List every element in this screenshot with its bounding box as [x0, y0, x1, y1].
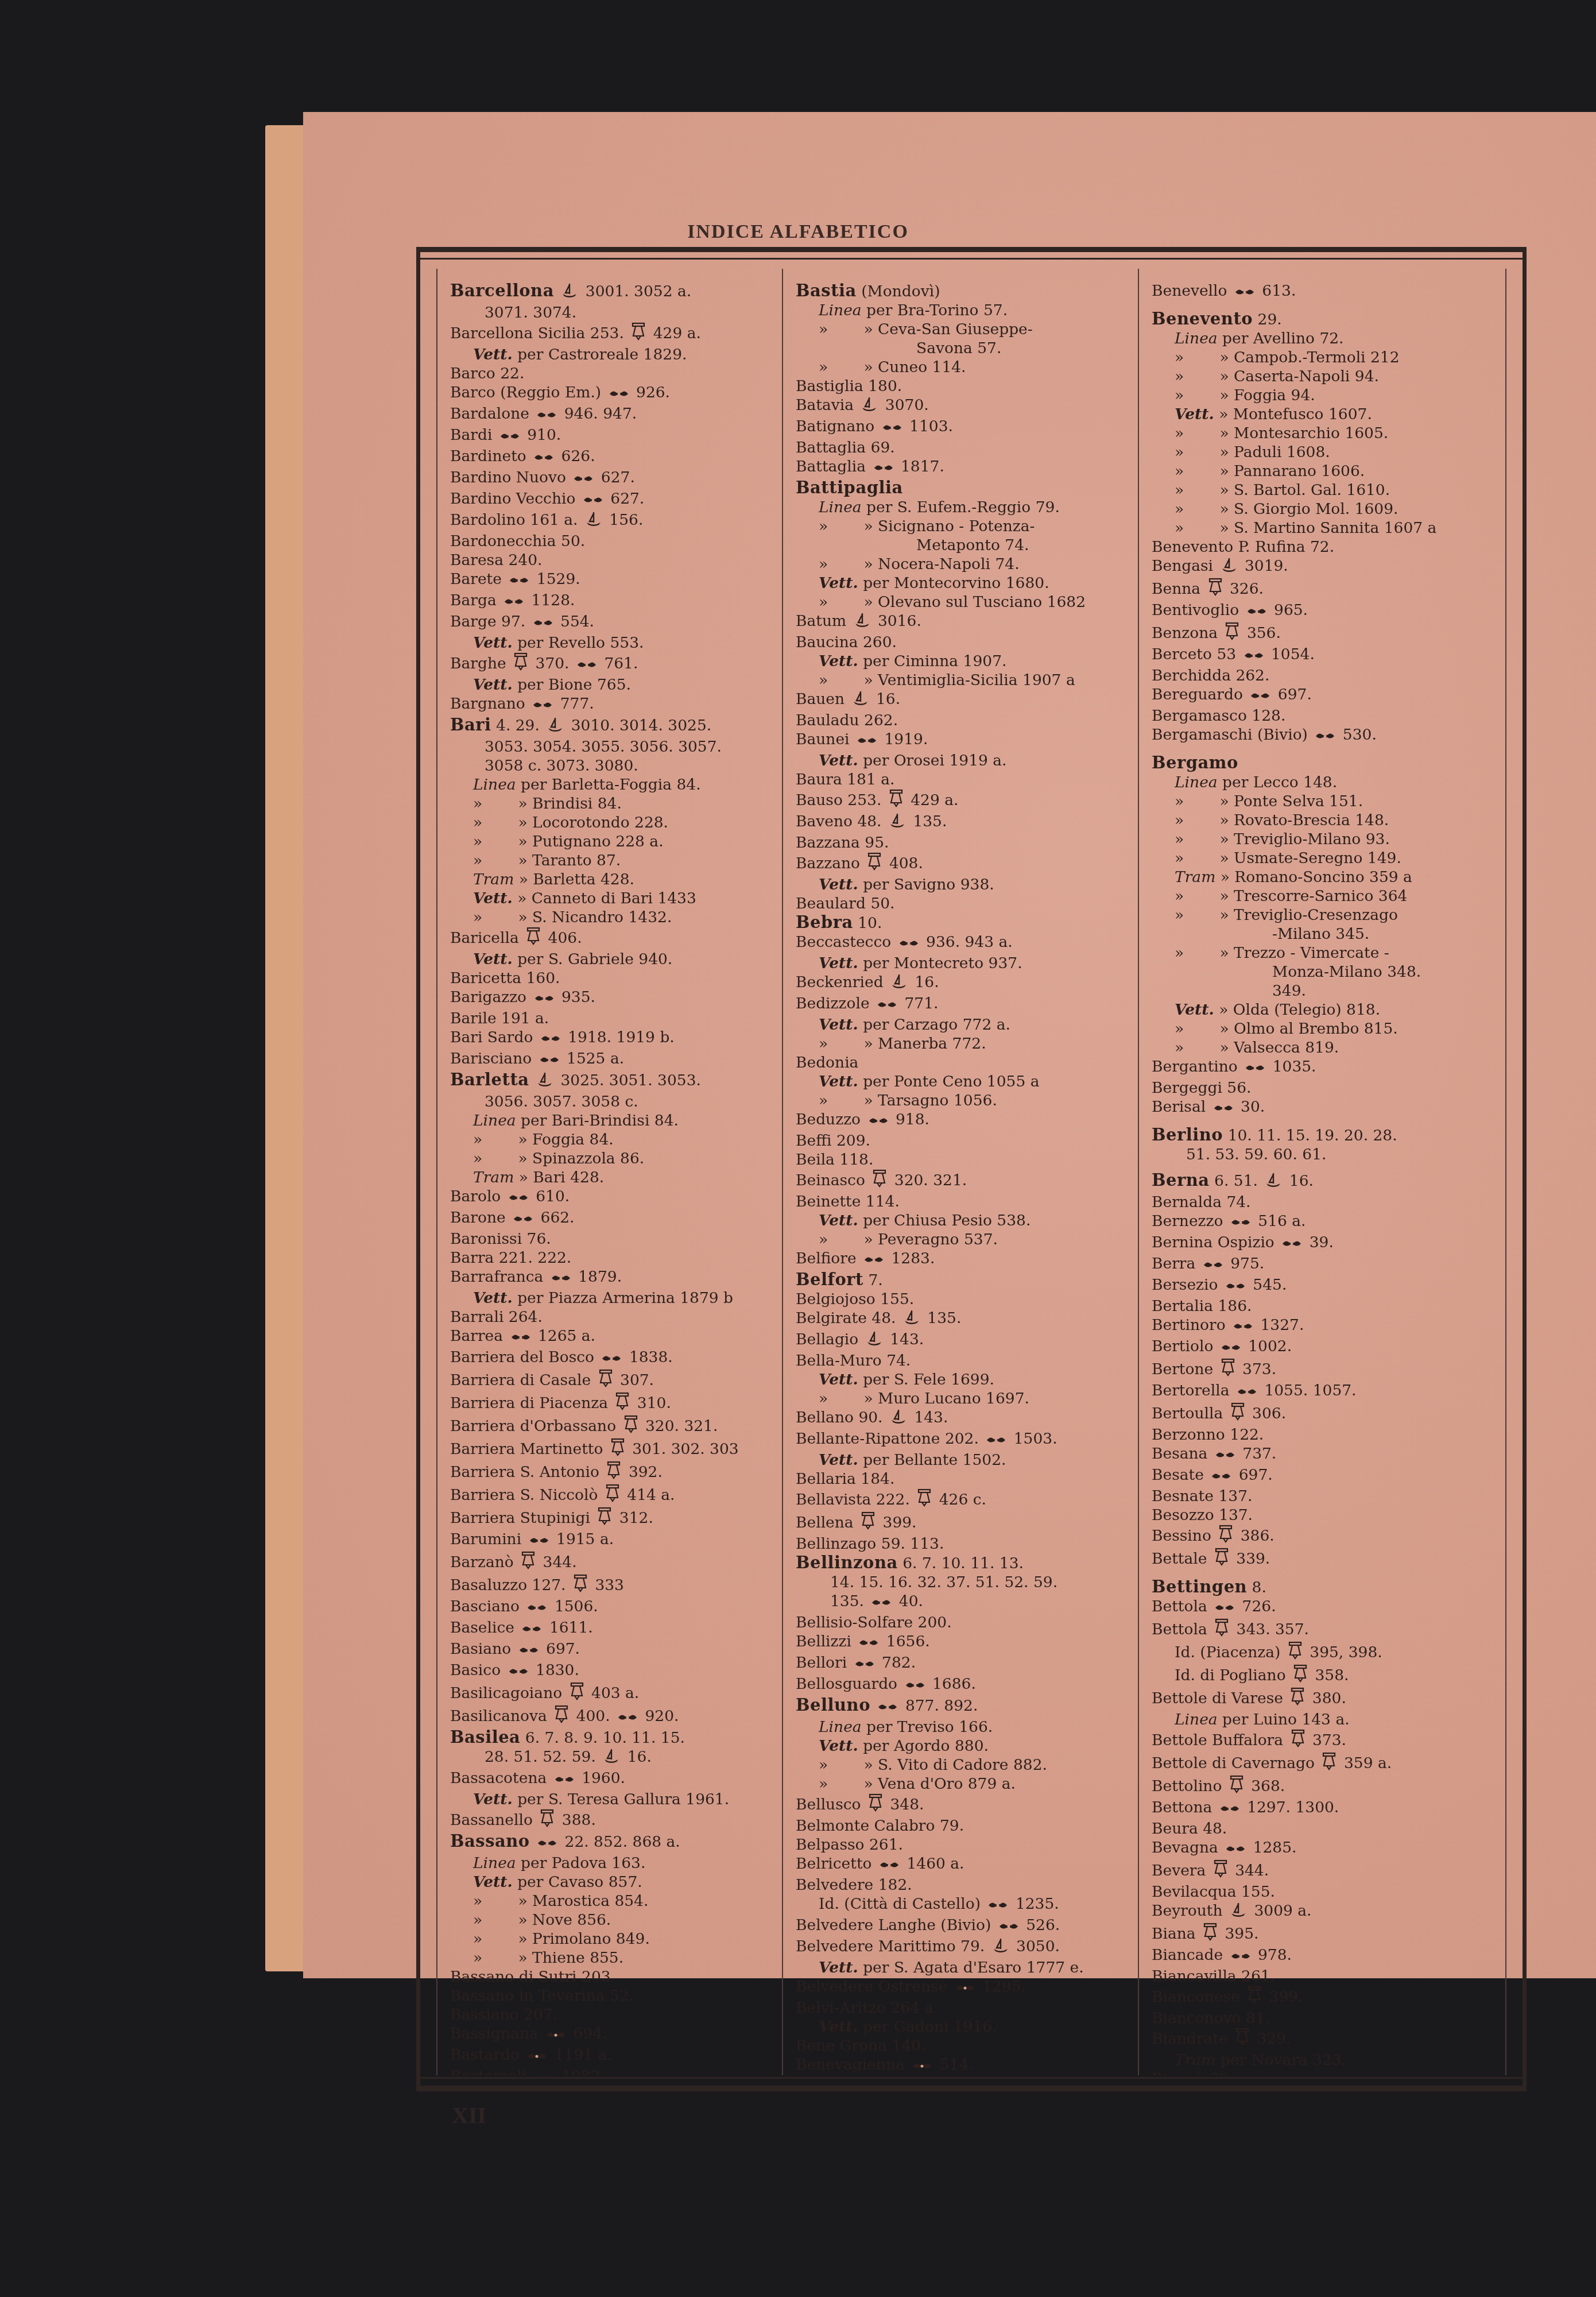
index-frame: Barcellona 3001. 3052 a.3071. 3074.Barce… [416, 247, 1527, 2086]
index-entry: Bettola 726. [1152, 1597, 1505, 1618]
entry-refs: 261. [1237, 1967, 1275, 1985]
entry-route: Vett. per S. Gabriele 940. [450, 950, 782, 969]
entry-name: Barumini [450, 1530, 521, 1548]
index-entry: Beura 48. [1152, 1819, 1505, 1838]
entry-name: Bauso [796, 791, 843, 809]
index-entry: Belgirate 48. 135. [796, 1309, 1138, 1330]
entry-route: Vett. per S. Teresa Gallura 1961. [450, 1790, 782, 1809]
ship-icon [890, 973, 908, 994]
route-kind: Linea [819, 498, 862, 516]
tram-icon [605, 1484, 620, 1507]
entry-name: Belvedere Ostrense [796, 1978, 947, 1996]
entry-refs: 516 a. [1223, 1212, 1306, 1230]
entry-name: Berisal [1152, 1098, 1206, 1116]
entry-route: » » Nocera-Napoli 74. [796, 555, 1138, 574]
entry-name: Bargnano [450, 695, 525, 713]
index-entry: Belricetto 1460 a. [796, 1854, 1138, 1876]
entry-name: Belmonte Calabro [796, 1817, 935, 1835]
entry-refs: 79. [935, 1817, 964, 1835]
entry-refs: 935. [526, 988, 595, 1006]
entry-name: Batavia [796, 396, 854, 414]
entry-name: Besate [1152, 1466, 1204, 1484]
entry-name: Bellisio-Solfare [796, 1614, 913, 1631]
entry-name: Bari [450, 715, 491, 734]
index-entry: Baresa 240. [450, 551, 782, 570]
entry-route: » » Tarsagno 1056. [796, 1091, 1138, 1110]
entry-name: Bersezio [1152, 1276, 1218, 1294]
entry-refs: 403 a. [562, 1684, 639, 1702]
index-entry: Bergamo [1152, 753, 1505, 773]
index-entry: Berzonno 122. [1152, 1425, 1505, 1444]
tram-icon [526, 927, 541, 950]
index-entry: Bassacotena 1960. [450, 1769, 782, 1790]
entry-refs: 180. [863, 377, 902, 395]
entry-name: Barriera del Bosco [450, 1348, 594, 1366]
entry-refs: 320. 321. [865, 1171, 967, 1189]
index-entry: Beckenried 16. [796, 973, 1138, 994]
entry-refs: 373. [1213, 1360, 1276, 1378]
entry-refs: 240. [503, 551, 542, 569]
entry-route: » » Treviglio-Milano 93. [1152, 830, 1505, 849]
entry-name: Bardi [450, 426, 492, 444]
entry-refs: 264 a [886, 1999, 933, 2017]
entry-route: Vett. per Montecreto 937. [796, 954, 1138, 973]
entry-route: Tram » Barletta 428. [450, 870, 782, 889]
index-entry: Belvedere 182. [796, 1876, 1138, 1894]
entry-name: Beinasco [796, 1171, 865, 1189]
entry-refs: 1265 a. [503, 1327, 595, 1345]
ship-icon [890, 1409, 907, 1429]
index-entry: Bettola 343. 357. [1152, 1618, 1505, 1641]
entry-name: Basaluzzo [450, 1576, 527, 1594]
index-entry: Barzanò 344. [450, 1551, 782, 1574]
index-entry: Berra 975. [1152, 1254, 1505, 1275]
entry-refs: 60. [1203, 2070, 1233, 2075]
entry-name: Bella-Muro [796, 1352, 882, 1370]
index-entry: Bella-Muro 74. [796, 1351, 1138, 1370]
index-entry: Batavia 3070. [796, 396, 1138, 417]
entry-refs: 22. [495, 365, 525, 382]
entry-route: » » Ponte Selva 151. [1152, 792, 1505, 811]
route-kind: Vett. [1175, 405, 1214, 423]
index-entry: Basiano 697. [450, 1639, 782, 1661]
entry-name: Bellori [796, 1654, 847, 1672]
index-entry: Biana 395. [1152, 1923, 1505, 1946]
entry-refs: 1529. [502, 570, 580, 588]
entry-refs: 137. [1214, 1487, 1252, 1505]
entry-continuation: 3056. 3057. 3058 c. [450, 1092, 782, 1111]
entry-route: Vett. per S. Agata d'Esaro 1777 e. [796, 1958, 1138, 1977]
entry-name: Barrea [450, 1327, 503, 1345]
entry-refs: 1817. [866, 458, 944, 475]
stagecoach-icon [998, 1918, 1019, 1937]
index-entry: Barumini 1915 a. [450, 1530, 782, 1551]
stagecoach-icon [529, 1532, 549, 1551]
entry-refs: 408. [860, 854, 923, 872]
index-entry: Bedonia [796, 1053, 1138, 1072]
entry-name: Berra [1152, 1255, 1195, 1273]
stagecoach-icon [609, 385, 629, 404]
entry-refs: 29. [1253, 311, 1282, 328]
entry-name: Beinette [796, 1193, 861, 1211]
index-entry: Bertone 373. [1152, 1358, 1505, 1381]
entry-refs: 128. [1247, 707, 1285, 725]
entry-name: Bernezzo [1152, 1212, 1223, 1230]
index-entry: Barletta 3025. 3051. 3053. [450, 1070, 782, 1092]
entry-refs: 1656. [851, 1633, 930, 1650]
entry-name: Bellaria [796, 1470, 856, 1488]
entry-route: » » S. Vito di Cadore 882. [796, 1755, 1138, 1774]
stagecoach-icon [1246, 603, 1267, 622]
entry-refs: 395. [1196, 1925, 1259, 1943]
entry-route: » » Foggia 84. [450, 1130, 782, 1149]
entry-name: Benevento [1152, 309, 1253, 328]
entry-refs: 200. [913, 1614, 951, 1631]
tram-icon [1225, 622, 1239, 645]
entry-refs: 207. [519, 2006, 557, 2024]
entry-refs: 339. [1207, 1550, 1270, 1568]
entry-refs: 16. [884, 973, 939, 991]
index-entry: Biandrate 329. [1152, 2028, 1505, 2051]
index-entry: Bargnano 777. [450, 694, 782, 716]
entry-name: Bertiolo [1152, 1337, 1213, 1355]
entry-continuation: 135. 40. [796, 1592, 1138, 1613]
index-entry: Batignano 1103. [796, 417, 1138, 438]
entry-name: Barriera d'Orbassano [450, 1417, 616, 1435]
entry-name: Barghe [450, 655, 506, 672]
entry-refs: 514. [905, 2056, 974, 2074]
entry-name: Belvi-Aritzo [796, 1999, 886, 2017]
index-entry: Barriera Stupinigi 312. [450, 1507, 782, 1530]
entry-route: Vett. per Bellante 1502. [796, 1451, 1138, 1470]
entry-refs: 910. [492, 426, 561, 444]
entry-refs: 737. [1207, 1445, 1276, 1463]
index-entry: Bertoulla 306. [1152, 1402, 1505, 1425]
entry-refs: 10. [853, 914, 882, 932]
index-entry: Berisal 30. [1152, 1097, 1505, 1119]
entry-refs: 95. [860, 834, 889, 852]
index-entry: Barco 22. [450, 364, 782, 383]
entry-name: Baricetta [450, 969, 521, 987]
entry-refs: 326. [1200, 580, 1264, 598]
index-entry: Belvedere Ostrense 1295. [796, 1977, 1138, 1998]
entry-refs: 253. 429 a. [843, 791, 959, 809]
entry-refs: 697. [1243, 686, 1312, 703]
entry-refs: 6. 7. 8. 9. 10. 11. 15. [520, 1729, 685, 1747]
stagecoach-icon [857, 732, 877, 751]
entry-route: Vett. per Castroreale 1829. [450, 345, 782, 364]
stagecoach-icon [601, 1350, 622, 1369]
entry-name: Bellinzago [796, 1535, 876, 1553]
index-entry: Bellusco 348. [796, 1793, 1138, 1816]
index-entry: Benevento P. Rufina 72. [1152, 537, 1505, 556]
stagecoach-icon [503, 593, 524, 612]
entry-refs: 1686. [897, 1675, 976, 1693]
entry-route: Vett. » Canneto di Bari 1433 [450, 889, 782, 908]
entry-name: Bellusco [796, 1796, 861, 1813]
index-entry: Barolo 610. [450, 1187, 782, 1208]
entry-route: Id. (Piacenza) 395, 398. [1152, 1641, 1505, 1664]
index-entry: Basaluzzo 127. 333 [450, 1574, 782, 1597]
entry-name: Biancavilla [1152, 1967, 1237, 1985]
entry-name: Basciano [450, 1598, 520, 1615]
stagecoach-icon [879, 1857, 900, 1876]
entry-route: Linea per Bari-Brindisi 84. [450, 1111, 782, 1130]
entry-name: Basilea [450, 1727, 520, 1747]
tram-icon [513, 652, 528, 675]
entry-refs: 143. [858, 1331, 924, 1348]
entry-refs: 301. 302. 303 [603, 1440, 738, 1458]
stagecoach-icon [1237, 1383, 1257, 1402]
stagecoach-icon [1215, 1447, 1235, 1465]
entry-name: Beura [1152, 1820, 1198, 1838]
index-entry: Barco (Reggio Em.) 926. [450, 383, 782, 404]
entry-refs: 79. 3050. [956, 1938, 1060, 1955]
index-entry: Barriera S. Niccolò 414 a. [450, 1484, 782, 1507]
entry-refs: 160. [521, 969, 560, 987]
page-title: INDICE ALFABETICO [0, 221, 1596, 243]
entry-name: Bastiglia [796, 377, 863, 395]
entry-refs: 3070. [854, 396, 929, 414]
index-entry: Besana 737. [1152, 1444, 1505, 1465]
entry-name: Bengasi [1152, 557, 1213, 575]
tram-icon [1214, 1618, 1229, 1641]
entry-route: » » Ventimiglia-Sicilia 1907 a [796, 671, 1138, 690]
entry-name: Barrafranca [450, 1268, 543, 1286]
entry-name: Bastardo [450, 2046, 520, 2064]
entry-route: Metaponto 74. [796, 536, 1138, 555]
entry-name: Bettolino [1152, 1777, 1222, 1795]
entry-name: Bassignana [450, 2025, 539, 2043]
index-entry: Battipaglia [796, 478, 1138, 498]
index-entry: Bersezio 545. [1152, 1275, 1505, 1297]
entry-name: Barriera di Casale [450, 1371, 591, 1389]
entry-continuation: 3058 c. 3073. 3080. [450, 756, 782, 775]
entry-name: Baronissi [450, 1230, 522, 1248]
entry-refs: 118. [835, 1151, 873, 1169]
route-kind: Linea [473, 1112, 516, 1130]
route-kind: Vett. [473, 1289, 513, 1307]
route-kind: Linea [1175, 330, 1218, 347]
stagecoach-icon [551, 1270, 571, 1289]
index-entry: Bevera 344. [1152, 1859, 1505, 1882]
entry-route: Vett. per Gadoni 1916. [796, 2017, 1138, 2036]
entry-continuation: 3053. 3054. 3055. 3056. 3057. [450, 737, 782, 756]
stagecoach-icon [526, 2048, 547, 2067]
entry-name: Beila [796, 1151, 835, 1169]
route-kind: Tram [1175, 868, 1215, 886]
entry-name: Bardolino [450, 511, 525, 529]
entry-name: Belluno [796, 1695, 870, 1715]
stagecoach-icon [499, 428, 520, 447]
entry-refs: 39. [1275, 1233, 1334, 1251]
entry-route: » » Peveragno 537. [796, 1230, 1138, 1249]
ship-icon [866, 1331, 883, 1351]
index-entry: Besate 697. [1152, 1465, 1505, 1487]
entry-name: Bessino [1152, 1527, 1211, 1545]
stagecoach-icon [1213, 1100, 1234, 1119]
index-entry: Barga 1128. [450, 591, 782, 612]
route-kind: Id. [1175, 1644, 1195, 1661]
entry-route: Monza-Milano 348. [1152, 962, 1505, 981]
entry-refs: 1460 a. [872, 1855, 964, 1873]
entry-route: Vett. per S. Fele 1699. [796, 1370, 1138, 1389]
index-entry: Barcellona 3001. 3052 a. [450, 281, 782, 303]
index-entry: Bellizzi 1656. [796, 1632, 1138, 1653]
route-kind: Vett. [473, 1791, 513, 1808]
stagecoach-icon [1221, 1339, 1241, 1358]
index-entry: Basciano 1506. [450, 1597, 782, 1618]
entry-name: Barriera S. Antonio [450, 1463, 599, 1481]
entry-name: Baresa [450, 551, 503, 569]
entry-name: Barriera di Piacenza [450, 1394, 608, 1412]
route-kind: Vett. [819, 1451, 858, 1469]
entry-refs: 329. [1228, 2030, 1291, 2048]
entry-route: Vett. per Bione 765. [450, 675, 782, 694]
entry-refs: 1918. 1919 b. [533, 1028, 674, 1046]
index-entry: Bassignana 694. [450, 2024, 782, 2045]
stagecoach-icon [1233, 1318, 1253, 1337]
entry-name: Biandrate [1152, 2030, 1228, 2048]
entry-refs: 10. 11. 15. 19. 20. 28. [1223, 1127, 1397, 1144]
stagecoach-icon [877, 996, 897, 1015]
entry-route: Vett. per Orosei 1919 a. [796, 751, 1138, 770]
index-entry: Bassanello 388. [450, 1809, 782, 1832]
index-entry: Belmonte Calabro 79. [796, 1816, 1138, 1835]
index-entry: Bellano 90. 143. [796, 1408, 1138, 1429]
entry-refs: 359 a. [1315, 1754, 1392, 1772]
index-entry: Bastia (Mondovì) [796, 281, 1138, 301]
entry-refs: 1128. [497, 591, 575, 609]
entry-refs: 81. [1241, 2009, 1270, 2027]
entry-name: Benzona [1152, 624, 1218, 642]
entry-route: » » Primolano 849. [450, 1929, 782, 1948]
route-kind: Tram [1175, 2051, 1215, 2069]
entry-route: » » Cuneo 114. [796, 358, 1138, 377]
entry-route: Id. (Città di Castello) 1235. [796, 1894, 1138, 1916]
index-entry: Berna 6. 51. 16. [1152, 1171, 1505, 1193]
entry-route: » » Muro Lucano 1697. [796, 1389, 1138, 1408]
tram-icon [606, 1461, 621, 1484]
index-entry: Bettingen 8. [1152, 1577, 1505, 1597]
route-kind: Vett. [819, 1073, 858, 1091]
stagecoach-icon [1230, 1214, 1251, 1233]
stagecoach-icon [1244, 647, 1264, 666]
entry-name: Belricetto [796, 1855, 872, 1873]
stagecoach-icon [1250, 687, 1270, 706]
index-entry: Bene Grona 140. [796, 2036, 1138, 2055]
index-entry: Belvi-Aritzo 264 a [796, 1998, 1138, 2017]
route-kind: Vett. [819, 574, 858, 592]
index-entry: Bereguardo 697. [1152, 685, 1505, 706]
entry-route: Vett. per Ponte Ceno 1055 a [796, 1072, 1138, 1091]
entry-route: » » Sicignano - Potenza- [796, 517, 1138, 536]
entry-refs: 965. [1239, 601, 1308, 619]
index-entry: Bianzè 60. [1152, 2070, 1505, 2075]
index-entry: Bianconese 399. [1152, 1986, 1505, 2009]
entry-route: » » S. Bartol. Gal. 1610. [1152, 481, 1505, 500]
entry-refs: 221. 222. [494, 1249, 571, 1267]
entry-name: Beckenried [796, 973, 884, 991]
entry-name: Bauen [796, 690, 845, 708]
entry-name: Barra [450, 1249, 494, 1267]
entry-refs: 936. 943 a. [891, 933, 1013, 951]
entry-name: Benevello [1152, 282, 1227, 300]
entry-name: Bardonecchia [450, 532, 556, 550]
index-entry: Bellori 782. [796, 1653, 1138, 1675]
entry-name: Benevento P. Rufina [1152, 538, 1306, 556]
index-entry: Belluno 877. 892. [796, 1696, 1138, 1718]
entry-route: » » Olevano sul Tusciano 1682 [796, 593, 1138, 612]
route-kind: Linea [473, 1854, 516, 1872]
entry-name: Berna [1152, 1170, 1210, 1190]
index-entry: Barrea 1265 a. [450, 1327, 782, 1348]
entry-name: Bastia [796, 281, 857, 300]
entry-name: Battipaglia [796, 478, 903, 497]
entry-route: Vett. per Savigno 938. [796, 875, 1138, 894]
tram-icon [867, 852, 882, 875]
entry-route: » » Pannarano 1606. [1152, 462, 1505, 481]
index-entry: Baricetta 160. [450, 969, 782, 988]
index-entry: Bettole di Varese 380. [1152, 1687, 1505, 1710]
tram-icon [872, 1169, 887, 1192]
entry-name: Barisciano [450, 1050, 532, 1068]
entry-refs: 56. [1222, 1079, 1252, 1097]
ship-icon [852, 690, 869, 711]
entry-name: Baveno [796, 813, 853, 830]
entry-name: Bergantino [1152, 1058, 1238, 1076]
route-kind: Vett. [819, 652, 858, 670]
entry-refs: 627. [566, 469, 635, 486]
entry-route: Tram » Romano-Soncino 359 a [1152, 868, 1505, 887]
entry-refs: 343. 357. [1207, 1621, 1309, 1638]
index-entry: Bertorella 1055. 1057. [1152, 1381, 1505, 1402]
entry-refs: 3016. [846, 612, 921, 630]
index-entry: Beyrouth 3009 a. [1152, 1901, 1505, 1923]
entry-route: Id. di Pogliano 358. [1152, 1664, 1505, 1687]
index-entry: Bengasi 3019. [1152, 556, 1505, 578]
index-entry: Barriera del Bosco 1838. [450, 1348, 782, 1369]
entry-route: » » Spinazzola 86. [450, 1149, 782, 1168]
entry-refs: 610. [501, 1188, 570, 1205]
entry-name: Belvedere Langhe (Bivio) [796, 1916, 991, 1934]
entry-refs: 918. [861, 1111, 929, 1128]
ship-icon [603, 1748, 620, 1769]
index-entry: Benevello 613. [1152, 281, 1505, 303]
entry-route: » » S. Giorgio Mol. 1609. [1152, 500, 1505, 519]
index-entry: Bassano in Teverina 52. [450, 1986, 782, 2005]
entry-name: Bertoulla [1152, 1405, 1223, 1422]
entry-name: Bianzè [1152, 2070, 1203, 2075]
index-entry: Bergamaschi (Bivio) 530. [1152, 725, 1505, 747]
entry-refs: 526. [991, 1916, 1060, 1934]
entry-name: Bernalda [1152, 1193, 1222, 1211]
index-entry: Bertinoro 1327. [1152, 1316, 1505, 1337]
index-entry: Berchidda 262. [1152, 666, 1505, 685]
index-entry: Baselice 1611. [450, 1618, 782, 1639]
entry-refs: 140. [887, 2037, 925, 2055]
entry-name: Barriera Stupinigi [450, 1509, 590, 1527]
entry-refs: 1830. [501, 1661, 579, 1679]
entry-name: Bardino Vecchio [450, 490, 575, 508]
stagecoach-icon [986, 1432, 1006, 1451]
route-kind: Linea [473, 776, 516, 794]
tram-icon [623, 1415, 638, 1438]
entry-refs: 400. 920. [547, 1707, 679, 1725]
entry-route: » » Trezzo - Vimercate - [1152, 943, 1505, 962]
route-kind: Linea [819, 1718, 862, 1736]
index-entry: Bellante-Ripattone 202. 1503. [796, 1429, 1138, 1451]
